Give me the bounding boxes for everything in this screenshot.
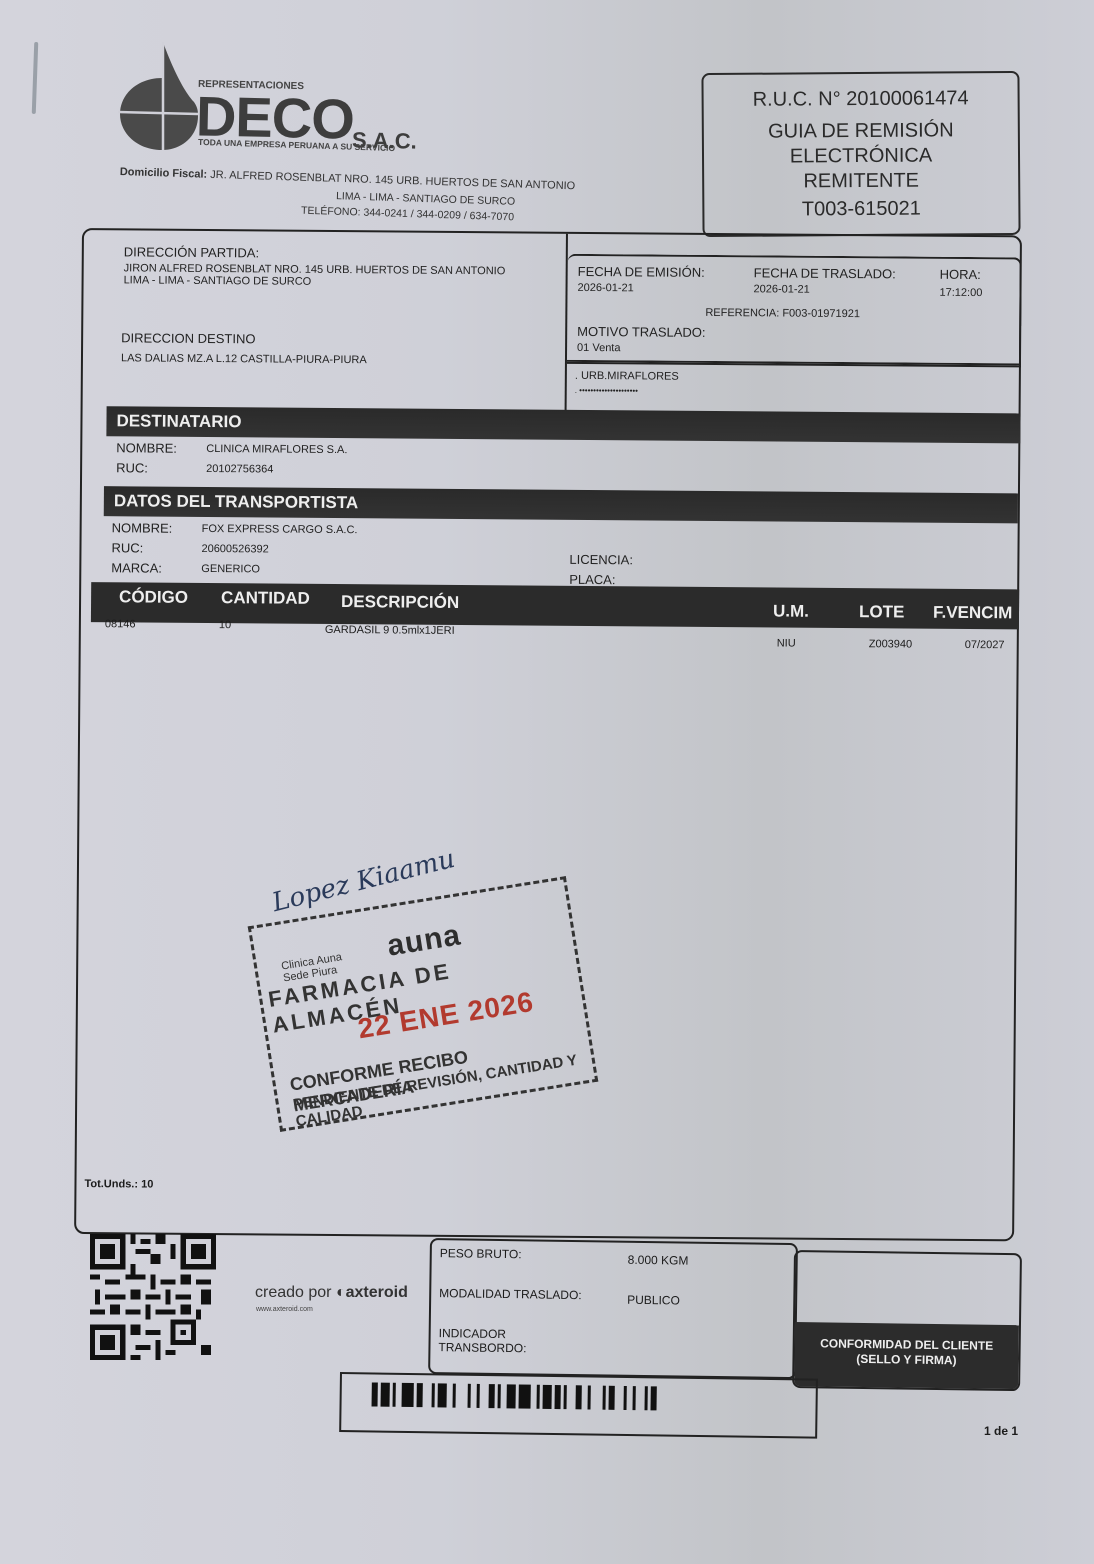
- item-lot: Z003940: [869, 638, 913, 650]
- col-description: DESCRIPCIÓN: [341, 592, 459, 613]
- hour-value: 17:12:00: [939, 287, 982, 299]
- doc-title-line2: ELECTRÓNICA: [704, 143, 1018, 170]
- destination-label: DIRECCION DESTINO: [121, 330, 255, 346]
- client-conformity-line2: (SELLO Y FIRMA): [794, 1351, 1018, 1369]
- document-id-box: R.U.C. N° 20100061474 GUIA DE REMISIÓN E…: [701, 71, 1020, 237]
- carrier-name-label: NOMBRE:: [112, 520, 173, 535]
- item-code: 08146: [105, 618, 136, 630]
- reference: REFERENCIA: F003-01971921: [705, 307, 860, 320]
- document-page: REPRESENTACIONES DECO S.A.C. TODA UNA EM…: [0, 0, 1094, 1564]
- modality-value: PUBLICO: [627, 1293, 680, 1308]
- emission-date-value: 2026-01-21: [577, 282, 633, 294]
- carrier-brand-value: GENERICO: [201, 563, 260, 575]
- carrier-ruc-value: 20600526392: [201, 543, 268, 556]
- col-lot: LOTE: [859, 602, 904, 622]
- company-phone: TELÉFONO: 344-0241 / 344-0209 / 634-7070: [301, 205, 514, 224]
- recipient-name-value: CLINICA MIRAFLORES S.A.: [206, 443, 347, 456]
- created-by-brand: axteroid: [346, 1284, 408, 1301]
- carrier-ruc-label: RUC:: [111, 540, 143, 555]
- table-row: 08146 10 GARDASIL 9 0.5mlx1JERI NIU Z003…: [81, 618, 1019, 655]
- transshipment-label-line2: TRANSBORDO:: [438, 1340, 526, 1355]
- transfer-date-value: 2026-01-21: [753, 283, 809, 295]
- barcode-icon: [339, 1372, 818, 1439]
- ruc-number: R.U.C. N° 20100061474: [704, 87, 1018, 112]
- item-um: NIU: [777, 637, 796, 649]
- recipient-header: DESTINATARIO: [106, 406, 1020, 443]
- recipient-ruc-value: 20102756364: [206, 463, 273, 476]
- emission-date-label: FECHA DE EMISIÓN:: [578, 264, 705, 280]
- license-label: LICENCIA:: [569, 552, 633, 567]
- item-description: GARDASIL 9 0.5mlx1JERI: [325, 624, 455, 637]
- extra-address-section: . URB.MIRAFLORES . •••••••••••••••••••••: [567, 362, 1021, 418]
- client-conformity-box: CONFORMIDAD DEL CLIENTE (SELLO Y FIRMA): [792, 1250, 1022, 1391]
- hour-label: HORA:: [940, 267, 981, 282]
- gross-weight-label: PESO BRUTO:: [440, 1246, 522, 1261]
- client-conformity-label: CONFORMIDAD DEL CLIENTE (SELLO Y FIRMA): [794, 1322, 1019, 1391]
- carrier-name-value: FOX EXPRESS CARGO S.A.C.: [202, 523, 358, 536]
- recipient-ruc-label: RUC:: [116, 460, 148, 475]
- address-section: DIRECCIÓN PARTIDA: JIRON ALFRED ROSENBLA…: [113, 230, 568, 414]
- doc-title-line3: REMITENTE: [704, 168, 1018, 195]
- col-quantity: CANTIDAD: [221, 588, 310, 609]
- destination-value: LAS DALIAS MZ.A L.12 CASTILLA-PIURA-PIUR…: [121, 352, 367, 366]
- barcode-bars: [341, 1374, 818, 1439]
- origin-label: DIRECCIÓN PARTIDA:: [124, 244, 259, 260]
- fiscal-label: Domicilio Fiscal:: [120, 166, 208, 181]
- item-qty: 10: [219, 619, 231, 631]
- carrier-brand-label: MARCA:: [111, 560, 162, 575]
- origin-line2: LIMA - LIMA - SANTIAGO DE SURCO: [124, 274, 312, 287]
- motive-label: MOTIVO TRASLADO:: [577, 324, 705, 340]
- deco-logo-icon: [118, 40, 198, 150]
- carrier-header: DATOS DEL TRANSPORTISTA: [104, 486, 1018, 523]
- qr-code-icon: [90, 1232, 216, 1362]
- fiscal-address: Domicilio Fiscal: JR. ALFRED ROSENBLAT N…: [120, 166, 576, 192]
- document-number: T003-615021: [704, 197, 1018, 222]
- staple: [32, 42, 39, 114]
- col-expiry: F.VENCIM: [933, 603, 1012, 624]
- recipient-name-label: NOMBRE:: [116, 440, 177, 455]
- client-conformity-line1: CONFORMIDAD DEL CLIENTE: [795, 1336, 1019, 1354]
- shipment-info-box: PESO BRUTO: 8.000 KGM MODALIDAD TRASLADO…: [428, 1238, 798, 1379]
- extra-line1: . URB.MIRAFLORES: [575, 370, 679, 383]
- created-by: creado por ◐axteroid: [255, 1284, 408, 1302]
- item-expiry: 07/2027: [965, 639, 1005, 651]
- motive-value: 01 Venta: [577, 342, 621, 354]
- created-by-prefix: creado por: [255, 1284, 332, 1301]
- col-code: CÓDIGO: [119, 587, 188, 608]
- modality-label: MODALIDAD TRASLADO:: [439, 1286, 582, 1302]
- axteroid-logo-icon: ◐: [336, 1284, 346, 1301]
- created-by-url: www.axteroid.com: [256, 1306, 313, 1313]
- transfer-date-label: FECHA DE TRASLADO:: [754, 265, 896, 281]
- fiscal-address-line1: JR. ALFRED ROSENBLAT NRO. 145 URB. HUERT…: [210, 169, 575, 192]
- gross-weight-value: 8.000 KGM: [628, 1253, 689, 1268]
- col-um: U.M.: [773, 601, 809, 621]
- dates-section: FECHA DE EMISIÓN: 2026-01-21 FECHA DE TR…: [567, 254, 1022, 366]
- fiscal-address-line2: LIMA - LIMA - SANTIAGO DE SURCO: [336, 190, 515, 208]
- plate-label: PLACA:: [569, 572, 615, 587]
- doc-title-line1: GUIA DE REMISIÓN: [704, 118, 1018, 145]
- extra-line2: . •••••••••••••••••••••: [575, 386, 638, 395]
- page-indicator: 1 de 1: [984, 1424, 1018, 1438]
- transshipment-label-line1: INDICADOR: [439, 1326, 507, 1341]
- total-units: Tot.Unds.: 10: [84, 1178, 153, 1191]
